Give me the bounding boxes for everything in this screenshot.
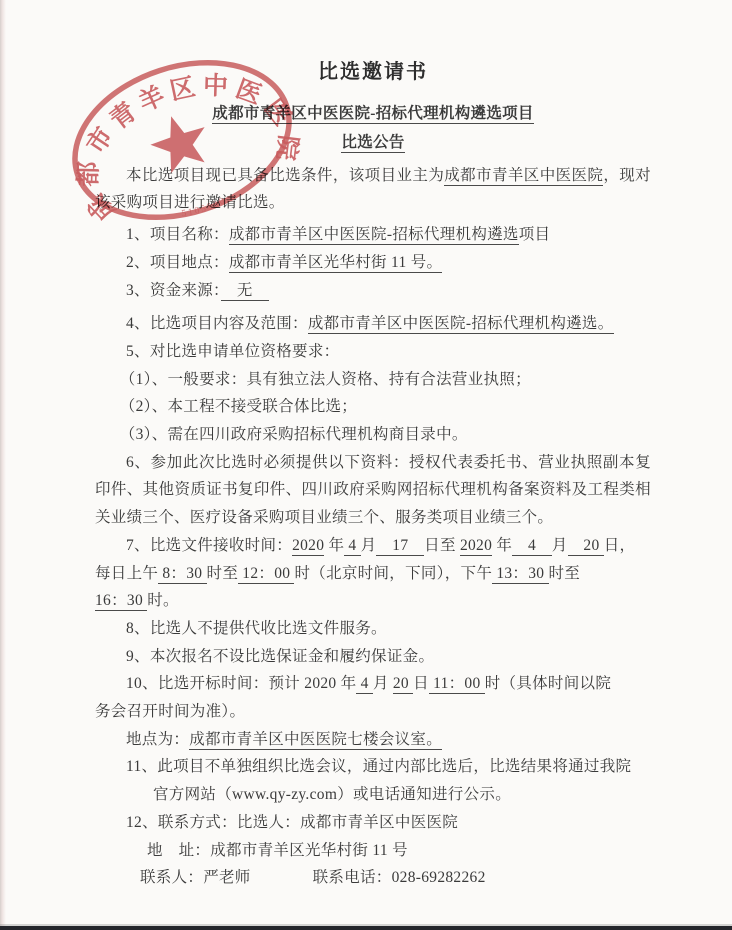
item-6-line-2: 印件、其他资质证书复印件、四川政府采购网招标代理机构备案资料及工程类相 [95, 476, 651, 504]
item-4-scope: 4、比选项目内容及范围：成都市青羊区中医医院-招标代理机构遴选。 [95, 310, 651, 338]
contact-phone: 联系电话：028-69282262 [313, 869, 486, 886]
owner-name: 成都市青羊区中医医院 [444, 167, 603, 186]
item-5-qualifications: 5、对比选申请单位资格要求： [95, 338, 651, 366]
scan-edge-bottom [0, 926, 732, 930]
item-10-line-2: 务会召开时间为准）。 [95, 698, 651, 726]
item-11-line-1: 11、此项目不单独组织比选会议，通过内部比选后，比选结果将通过我院 [95, 753, 651, 781]
intro-line-1: 本比选项目现已具备比选条件，该项目业主为成都市青羊区中医医院，现对 [95, 162, 651, 190]
item-7-line-2: 每日上午 8：30 时至 12：00 时（北京时间，下同），下午 13：30 时… [95, 560, 651, 588]
item-10-location: 地点为：成都市青羊区中医医院七楼会议室。 [95, 726, 651, 754]
item-1-project-name: 1、项目名称：成都市青羊区中医医院-招标代理机构遴选项目 [95, 221, 651, 249]
item-9-no-deposit: 9、本次报名不设比选保证金和履约保证金。 [95, 643, 651, 671]
project-name-heading: 成都市青羊区中医医院-招标代理机构遴选项目 [95, 100, 651, 128]
item-5-sub-3: （3）、需在四川政府采购招标代理机构商目录中。 [95, 421, 651, 449]
item-5-sub-2: （2）、本工程不接受联合体比选； [95, 393, 651, 421]
notice-heading: 比选公告 [95, 128, 651, 157]
item-12-address: 地 址：成都市青羊区光华村街 11 号 [147, 837, 651, 865]
item-12-contact-person: 联系人：严老师联系电话：028-69282262 [140, 864, 651, 892]
item-3-funding-source: 3、资金来源： 无 [95, 277, 651, 305]
item-10-line-1: 10、比选开标时间：预计 2020 年 4 月 20 日 11：00 时（具体时… [95, 670, 651, 698]
item-6-line-1: 6、参加此次比选时必须提供以下资料：授权代表委托书、营业执照副本复 [95, 449, 651, 477]
item-8-no-collection: 8、比选人不提供代收比选文件服务。 [95, 615, 651, 643]
item-5-sub-1: （1）、一般要求：具有独立法人资格、持有合法营业执照； [95, 366, 651, 394]
intro-line-2: 该采购项目进行邀请比选。 [95, 189, 651, 217]
item-7-line-3: 16：30 时。 [95, 587, 651, 615]
project-name-text: 成都市青羊区中医医院-招标代理机构遴选项目 [212, 105, 533, 124]
item-2-project-location: 2、项目地点：成都市青羊区光华村街 11 号。 [95, 249, 651, 277]
notice-heading-text: 比选公告 [341, 134, 404, 153]
contact-name: 联系人：严老师 [140, 869, 251, 886]
document-page: { "stamp": { "org": "成都市青羊区中医医院", "seria… [0, 0, 732, 930]
item-12-contact: 12、联系方式：比选人：成都市青羊区中医医院 [95, 809, 651, 837]
scan-edge-left [0, 0, 6, 930]
item-7-line-1: 7、比选文件接收时间：2020 年 4 月 17 日至 2020 年 4 月 2… [95, 532, 651, 560]
item-11-line-2: 官方网站（www.qy-zy.com）或电话通知进行公示。 [153, 781, 651, 809]
item-6-line-3: 关业绩三个、医疗设备采购项目业绩三个、服务类项目业绩三个。 [95, 504, 651, 532]
document-body: 比选邀请书 成都市青羊区中医医院-招标代理机构遴选项目 比选公告 本比选项目现已… [95, 56, 651, 892]
document-title: 比选邀请书 [95, 56, 651, 88]
